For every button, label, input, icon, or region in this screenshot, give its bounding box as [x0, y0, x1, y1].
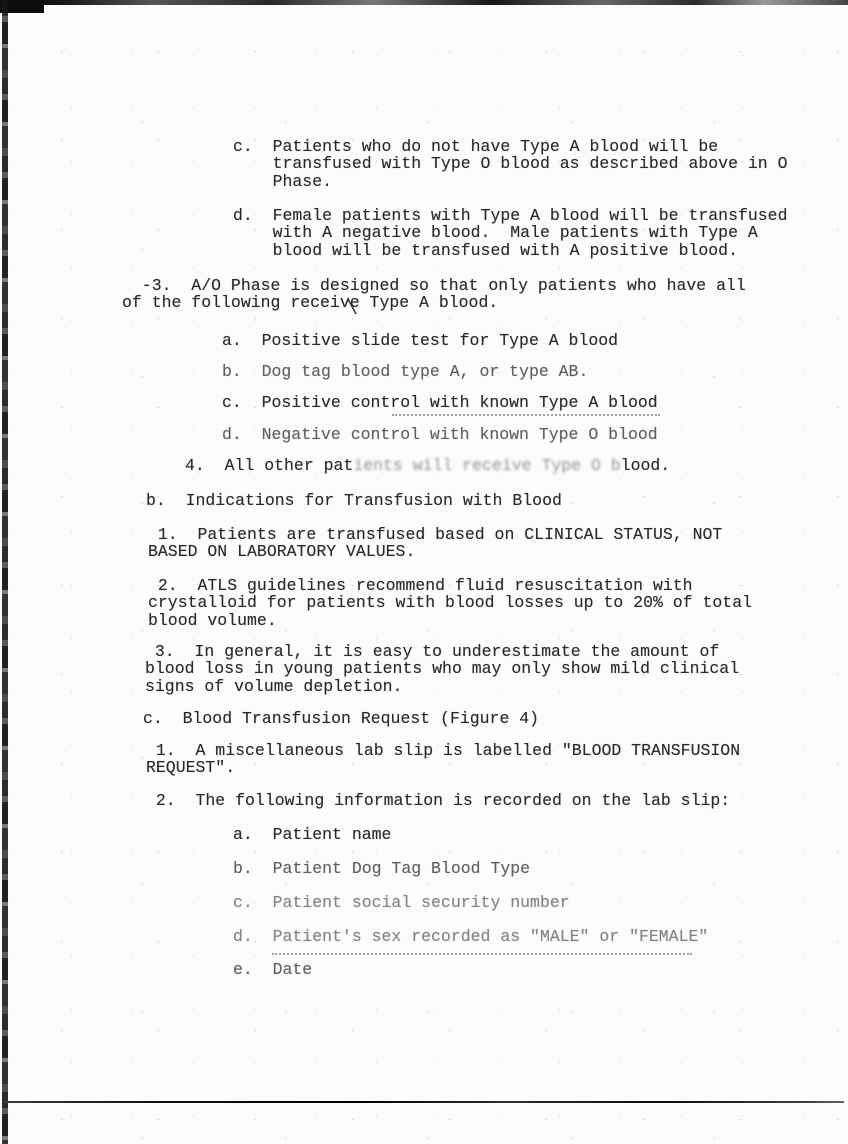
list-item-3d: d. Negative control with known Type O bl…	[222, 426, 658, 443]
paragraph-b2: 2. ATLS guidelines recommend fluid resus…	[148, 577, 752, 629]
item-4-clear-start: 4. All other pat	[185, 456, 353, 475]
paragraph-b3: 3. In general, it is easy to underestima…	[145, 643, 739, 695]
paragraph-c2: 2. The following information is recorded…	[146, 792, 730, 809]
paragraph-item-4: 4. All other patients will receive Type …	[185, 457, 670, 474]
item-4-clear-end: lood.	[621, 456, 671, 475]
scan-top-edge-band	[0, 0, 848, 5]
paragraph-c1: 1. A miscellaneous lab slip is labelled …	[146, 742, 740, 777]
scan-smudge-row-lower	[272, 953, 692, 955]
paragraph-item-d: d. Female patients with Type A blood wil…	[233, 207, 788, 259]
list-item-3a: a. Positive slide test for Type A blood	[222, 332, 618, 349]
list-item-c2b: b. Patient Dog Tag Blood Type	[233, 860, 530, 877]
item-4-smudged-text: ients will receive Type O b	[353, 456, 620, 475]
section-heading-b: b. Indications for Transfusion with Bloo…	[146, 492, 562, 509]
list-item-c2c: c. Patient social security number	[233, 894, 570, 911]
paragraph-b1: 1. Patients are transfused based on CLIN…	[148, 526, 722, 561]
list-item-c2a: a. Patient name	[233, 826, 391, 843]
list-item-c2d: d. Patient's sex recorded as "MALE" or "…	[233, 928, 708, 945]
paragraph-item-3: -3. A/O Phase is designed so that only p…	[122, 277, 746, 312]
section-heading-c: c. Blood Transfusion Request (Figure 4)	[143, 710, 539, 727]
list-item-c2e: e. Date	[233, 961, 312, 978]
scanned-document-page: \ c. Patients who do not have Type A blo…	[0, 0, 848, 1144]
list-item-3b: b. Dog tag blood type A, or type AB.	[222, 363, 588, 380]
paragraph-item-c: c. Patients who do not have Type A blood…	[233, 138, 788, 190]
scan-bottom-rule-line	[4, 1101, 844, 1103]
scan-smudge-row-upper	[392, 414, 660, 416]
scan-left-edge-band	[2, 0, 8, 1144]
list-item-3c: c. Positive control with known Type A bl…	[222, 394, 658, 411]
